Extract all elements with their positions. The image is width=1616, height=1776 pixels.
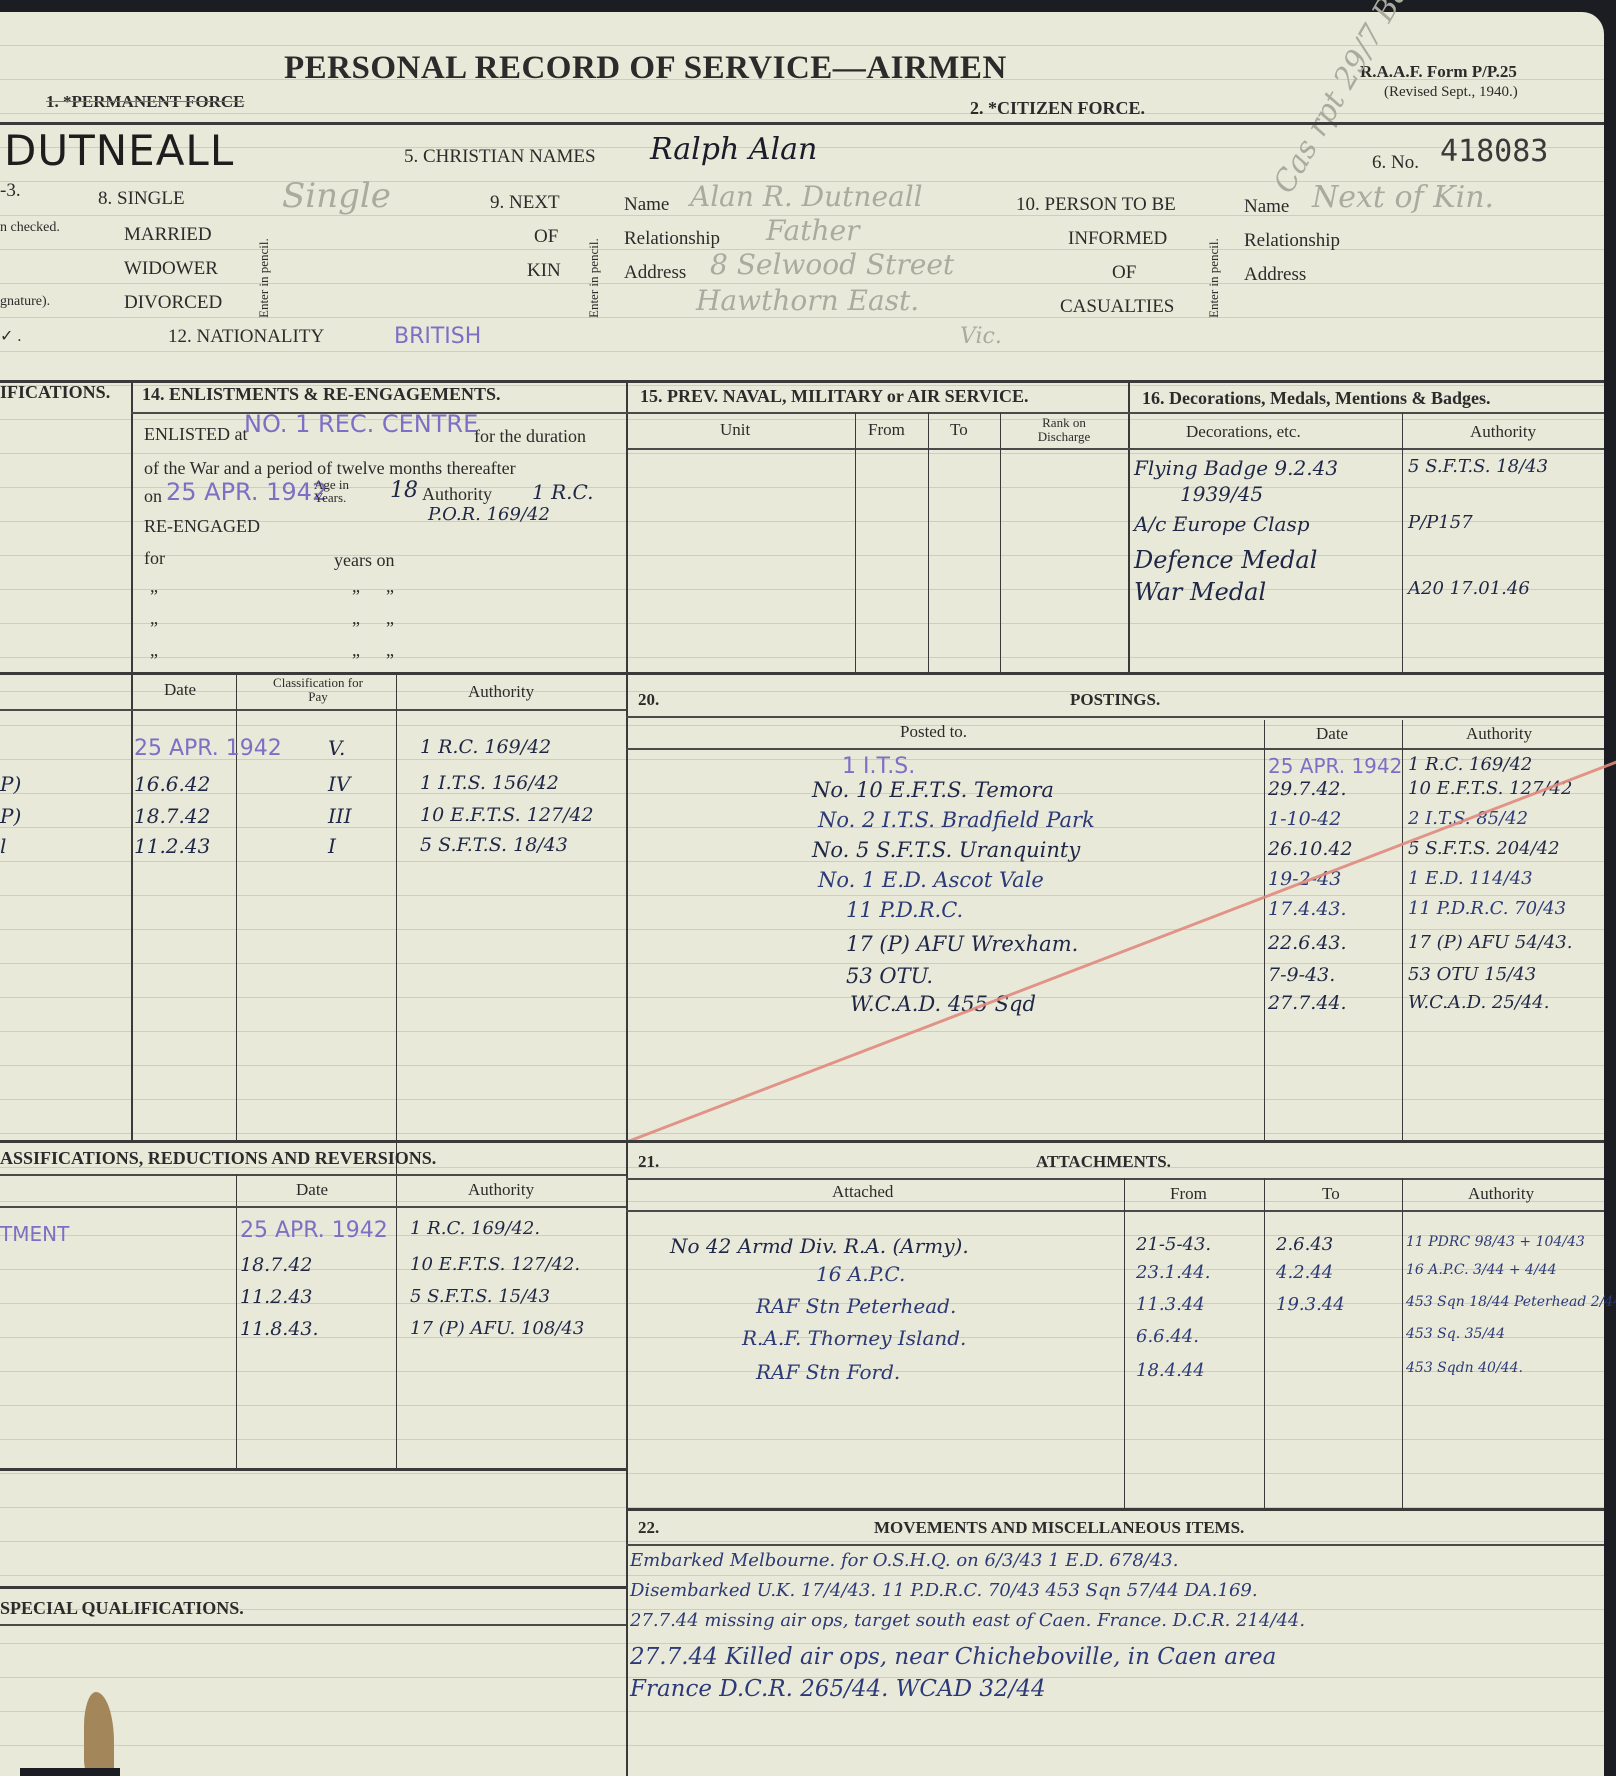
- pencil-hint: Enter in pencil.: [586, 206, 602, 318]
- ditto: ”: [352, 650, 360, 671]
- posting-authority: 1 E.D. 114/43: [1408, 868, 1533, 889]
- decoration-authority: 5 S.F.T.S. 18/43: [1408, 456, 1548, 477]
- enlisted-on-label: on: [144, 486, 162, 507]
- left-fragment: ✓ .: [0, 326, 21, 346]
- enlistment-authority: 1 R.C.: [532, 480, 593, 504]
- attachment-from: 23.1.44.: [1136, 1262, 1210, 1283]
- postings-col-authority: Authority: [1466, 724, 1532, 744]
- pay-date: 11.2.43: [134, 834, 210, 858]
- attachment-authority: 16 A.P.C. 3/44 + 4/44: [1406, 1262, 1556, 1278]
- reclass-col-date: Date: [296, 1180, 328, 1200]
- authority-label: Authority: [422, 484, 492, 505]
- column-divider: [1128, 380, 1130, 674]
- decorations-authority-col: Authority: [1470, 422, 1536, 442]
- attachments-col-from: From: [1170, 1184, 1207, 1204]
- attachment-from: 21-5-43.: [1136, 1234, 1211, 1255]
- enlisted-label: ENLISTED at: [144, 424, 247, 445]
- column-divider: [1124, 1178, 1125, 1508]
- decoration-entry: Defence Medal: [1134, 546, 1317, 574]
- pencil-hint: Enter in pencil.: [1206, 206, 1222, 318]
- paper-damage: [20, 1768, 120, 1776]
- attachments-col-attached: Attached: [832, 1182, 893, 1202]
- attachment-authority: 453 Sqn 18/44 Peterhead 2/44: [1406, 1294, 1616, 1310]
- nationality-label: 12. NATIONALITY: [168, 326, 324, 348]
- ditto: ”: [352, 586, 360, 607]
- ditto: ”: [150, 586, 158, 607]
- marital-divorced-label: DIVORCED: [124, 292, 222, 314]
- pay-authority: 5 S.F.T.S. 18/43: [420, 834, 568, 856]
- service-record-sheet: PERSONAL RECORD OF SERVICE—AIRMEN R.A.A.…: [0, 12, 1604, 1776]
- attachment-to: 19.3.44: [1276, 1294, 1345, 1315]
- posting-date: 27.7.44.: [1268, 992, 1347, 1014]
- attachments-col-to: To: [1322, 1184, 1340, 1204]
- posting-destination: No. 1 E.D. Ascot Vale: [818, 868, 1044, 892]
- casualty-name-value: Next of Kin.: [1312, 180, 1494, 215]
- permanent-force-option: 1. *PERMANENT FORCE: [46, 92, 245, 112]
- enlisted-date-stamp: 25 APR. 1942: [166, 478, 327, 506]
- divider: [1128, 448, 1604, 450]
- pay-col-class: Classification for Pay: [262, 676, 374, 704]
- left-fragment: gnature).: [0, 294, 50, 310]
- divider: [626, 1544, 1604, 1546]
- reclassifications-heading: ASSIFICATIONS, REDUCTIONS AND REVERSIONS…: [0, 1148, 436, 1169]
- divider: [0, 1140, 1604, 1143]
- column-divider: [928, 412, 929, 674]
- divider: [626, 716, 1604, 718]
- ditto: ”: [386, 618, 394, 639]
- pay-class: III: [328, 804, 352, 828]
- prev-service-heading: 15. PREV. NAVAL, MILITARY or AIR SERVICE…: [640, 386, 1028, 407]
- posting-destination: 53 OTU.: [846, 964, 933, 988]
- surname: DUTNEALL: [4, 126, 234, 175]
- attachments-number: 21.: [638, 1152, 659, 1172]
- decoration-authority: P/P157: [1408, 512, 1473, 533]
- reclass-date: 18.7.42: [240, 1254, 313, 1276]
- form-id: R.A.A.F. Form P/P.25: [1360, 62, 1517, 82]
- movements-heading: MOVEMENTS AND MISCELLANEOUS ITEMS.: [874, 1518, 1244, 1538]
- posting-destination: No. 10 E.F.T.S. Temora: [812, 778, 1054, 802]
- posting-date: 25 APR. 1942: [1268, 754, 1402, 778]
- ditto: ”: [352, 618, 360, 639]
- column-divider: [396, 672, 397, 1470]
- divider: [626, 748, 1604, 750]
- divider: [0, 1624, 626, 1626]
- postings-number: 20.: [638, 690, 659, 710]
- posting-date: 7-9-43.: [1268, 964, 1335, 986]
- marital-married-label: MARRIED: [124, 224, 212, 246]
- prev-service-col-rank: Rank on Discharge: [1024, 416, 1104, 444]
- pay-date: 18.7.42: [134, 804, 210, 828]
- decorations-col: Decorations, etc.: [1186, 422, 1301, 442]
- attachment-authority: 11 PDRC 98/43 + 104/43: [1406, 1234, 1585, 1250]
- attachment-unit: 16 A.P.C.: [816, 1262, 905, 1286]
- reclass-date: 11.2.43: [240, 1286, 313, 1308]
- attachment-unit: R.A.F. Thorney Island.: [742, 1326, 966, 1350]
- attachment-authority: 453 Sqdn 40/44.: [1406, 1360, 1523, 1376]
- posting-destination: No. 5 S.F.T.S. Uranquinty: [812, 838, 1080, 862]
- enlisted-at-stamp: NO. 1 REC. CENTRE: [244, 410, 478, 438]
- divider: [626, 1178, 1604, 1180]
- attachments-col-authority: Authority: [1468, 1184, 1534, 1204]
- attachment-from: 6.6.44.: [1136, 1326, 1199, 1347]
- reclass-authority: 17 (P) AFU. 108/43: [410, 1318, 584, 1339]
- ditto: ”: [386, 586, 394, 607]
- posting-authority: 11 P.D.R.C. 70/43: [1408, 898, 1566, 919]
- section13-heading: IFICATIONS.: [0, 382, 110, 403]
- special-qualifications-heading: SPECIAL QUALIFICATIONS.: [0, 1598, 244, 1619]
- decoration-entry: 1939/45: [1180, 482, 1263, 506]
- postings-heading: POSTINGS.: [1070, 690, 1160, 710]
- column-divider: [1402, 720, 1403, 1142]
- christian-names-label: 5. CHRISTIAN NAMES: [404, 146, 596, 168]
- divider: [626, 1508, 1604, 1511]
- pay-class: I: [328, 834, 336, 858]
- ditto: ”: [150, 618, 158, 639]
- casualty-address-label: Address: [1244, 264, 1306, 286]
- enlistments-heading: 14. ENLISTMENTS & RE-ENGAGEMENTS.: [142, 384, 501, 405]
- column-divider: [1264, 1178, 1265, 1508]
- reclass-date: 25 APR. 1942: [240, 1218, 388, 1243]
- section13-entry: P): [0, 804, 21, 828]
- ditto: ”: [150, 650, 158, 671]
- marital-widower-label: WIDOWER: [124, 258, 218, 280]
- attachment-unit: No 42 Armd Div. R.A. (Army).: [670, 1234, 969, 1258]
- nationality-value: BRITISH: [394, 324, 481, 349]
- nok-address-line: Hawthorn East.: [696, 284, 919, 317]
- posting-authority: W.C.A.D. 25/44.: [1408, 992, 1549, 1013]
- prev-service-col-from: From: [868, 420, 905, 440]
- decoration-authority: A20 17.01.46: [1408, 578, 1530, 599]
- column-divider: [1264, 720, 1265, 1142]
- pay-col-authority: Authority: [468, 682, 534, 702]
- posting-date: 17.4.43.: [1268, 898, 1347, 920]
- citizen-force-option: 2. *CITIZEN FORCE.: [970, 98, 1145, 119]
- age-value: 18: [390, 478, 418, 503]
- movement-entry: Embarked Melbourne. for O.S.H.Q. on 6/3/…: [630, 1550, 1178, 1571]
- movements-number: 22.: [638, 1518, 659, 1538]
- divider: [628, 448, 1128, 450]
- posting-destination: 1 I.T.S.: [842, 754, 915, 779]
- decoration-entry: War Medal: [1134, 578, 1266, 606]
- decoration-entry: A/c Europe Clasp: [1134, 512, 1310, 536]
- divider: [0, 1174, 626, 1176]
- service-number-label: 6. No.: [1372, 152, 1419, 174]
- attachment-to: 2.6.43: [1276, 1234, 1333, 1255]
- reengaged-for-label: for: [144, 548, 165, 569]
- posting-destination: 17 (P) AFU Wrexham.: [846, 932, 1078, 956]
- casualty-contact-label: 10. PERSON TO BE: [1016, 194, 1176, 216]
- posting-date: 1-10-42: [1268, 808, 1341, 830]
- ditto: ”: [386, 650, 394, 671]
- nok-name-value: Alan R. Dutneall: [690, 180, 923, 213]
- reclass-authority: 10 E.F.T.S. 127/42.: [410, 1254, 580, 1275]
- divider: [0, 1586, 626, 1589]
- column-divider: [131, 380, 133, 1140]
- divider: [0, 1206, 626, 1208]
- attachment-from: 11.3.44: [1136, 1294, 1205, 1315]
- paper-tear: [84, 1692, 114, 1776]
- column-divider: [1402, 1178, 1403, 1508]
- reclass-item: TMENT: [0, 1222, 69, 1246]
- nok-relationship-value: Father: [766, 214, 859, 247]
- next-of-kin-label: 9. NEXT: [490, 192, 560, 214]
- attachments-heading: ATTACHMENTS.: [1036, 1152, 1171, 1172]
- postings-col-posted: Posted to.: [900, 722, 967, 742]
- christian-names-value: Ralph Alan: [650, 132, 817, 167]
- years-on-label: years on: [334, 550, 394, 571]
- left-fragment: n checked.: [0, 220, 60, 236]
- attachment-from: 18.4.44: [1136, 1360, 1205, 1381]
- left-fragment: -3.: [0, 180, 21, 202]
- pay-date: 25 APR. 1942: [134, 736, 282, 761]
- duration-text: for the duration: [474, 426, 586, 447]
- nok-address-line: 8 Selwood Street: [710, 248, 954, 281]
- posting-authority: 53 OTU 15/43: [1408, 964, 1536, 985]
- column-divider: [1000, 412, 1001, 674]
- enlistment-authority: P.O.R. 169/42: [428, 504, 550, 525]
- posting-authority: 5 S.F.T.S. 204/42: [1408, 838, 1560, 859]
- posting-date: 22.6.43.: [1268, 932, 1347, 954]
- section13-entry: P): [0, 772, 21, 796]
- casualty-contact-label: CASUALTIES: [1060, 296, 1174, 318]
- movement-entry: France D.C.R. 265/44. WCAD 32/44: [630, 1676, 1046, 1702]
- posting-authority: 1 R.C. 169/42: [1408, 754, 1532, 775]
- reclass-authority: 1 R.C. 169/42.: [410, 1218, 540, 1239]
- next-of-kin-label: KIN: [527, 260, 561, 282]
- nok-address-label: Address: [624, 262, 686, 284]
- movement-entry: Disembarked U.K. 17/4/43. 11 P.D.R.C. 70…: [630, 1580, 1258, 1601]
- movement-entry: 27.7.44 missing air ops, target south ea…: [630, 1610, 1305, 1631]
- posting-destination: No. 2 I.T.S. Bradfield Park: [818, 808, 1095, 832]
- section13-entry: l: [0, 834, 6, 858]
- casualty-relationship-label: Relationship: [1244, 230, 1340, 252]
- nok-name-label: Name: [624, 194, 669, 216]
- divider: [0, 1468, 626, 1471]
- next-of-kin-label: OF: [534, 226, 558, 248]
- casualty-contact-label: INFORMED: [1068, 228, 1167, 250]
- column-divider: [626, 380, 628, 1776]
- casualty-contact-label: OF: [1112, 262, 1136, 284]
- marital-status-value: Single: [282, 176, 391, 216]
- attachment-authority: 453 Sq. 35/44: [1406, 1326, 1505, 1342]
- pay-class: IV: [328, 772, 350, 796]
- marital-single-label: 8. SINGLE: [98, 188, 185, 210]
- form-revision: (Revised Sept., 1940.): [1384, 84, 1518, 101]
- divider: [0, 122, 1604, 125]
- posting-date: 26.10.42: [1268, 838, 1353, 860]
- nok-address-line: Vic.: [960, 324, 1002, 349]
- attachment-unit: RAF Stn Peterhead.: [756, 1294, 956, 1318]
- form-title: PERSONAL RECORD OF SERVICE—AIRMEN: [284, 50, 1007, 87]
- casualty-name-label: Name: [1244, 196, 1289, 218]
- age-label: Age in Years.: [314, 478, 374, 504]
- divider: [0, 672, 1604, 675]
- decoration-entry: Flying Badge 9.2.43: [1134, 456, 1338, 480]
- pay-date: 16.6.42: [134, 772, 210, 796]
- reengaged-label: RE-ENGAGED: [144, 516, 260, 537]
- divider: [626, 1210, 1604, 1212]
- divider: [0, 709, 626, 711]
- pay-authority: 1 R.C. 169/42: [420, 736, 551, 758]
- reclass-authority: 5 S.F.T.S. 15/43: [410, 1286, 550, 1307]
- postings-col-date: Date: [1316, 724, 1348, 744]
- column-divider: [1402, 412, 1403, 674]
- attachment-to: 4.2.44: [1276, 1262, 1333, 1283]
- reclass-date: 11.8.43.: [240, 1318, 319, 1340]
- pay-class: V.: [328, 736, 345, 760]
- service-number: 418083: [1440, 134, 1548, 169]
- prev-service-col-unit: Unit: [720, 420, 750, 440]
- column-divider: [855, 412, 856, 674]
- posting-authority: 17 (P) AFU 54/43.: [1408, 932, 1572, 953]
- attachment-unit: RAF Stn Ford.: [756, 1360, 900, 1384]
- prev-service-col-to: To: [950, 420, 968, 440]
- column-divider: [236, 1174, 237, 1470]
- nok-relationship-label: Relationship: [624, 228, 720, 250]
- pay-authority: 1 I.T.S. 156/42: [420, 772, 559, 794]
- divider: [0, 380, 1604, 383]
- posting-destination: 11 P.D.R.C.: [846, 898, 963, 922]
- posting-date: 29.7.42.: [1268, 778, 1347, 800]
- duration-text: of the War and a period of twelve months…: [144, 458, 516, 479]
- pay-col-date: Date: [164, 680, 196, 700]
- movement-entry: 27.7.44 Killed air ops, near Chichebovil…: [630, 1644, 1276, 1670]
- decorations-heading: 16. Decorations, Medals, Mentions & Badg…: [1142, 388, 1490, 409]
- pay-authority: 10 E.F.T.S. 127/42: [420, 804, 594, 826]
- reclass-col-authority: Authority: [468, 1180, 534, 1200]
- pencil-hint: Enter in pencil.: [256, 206, 272, 318]
